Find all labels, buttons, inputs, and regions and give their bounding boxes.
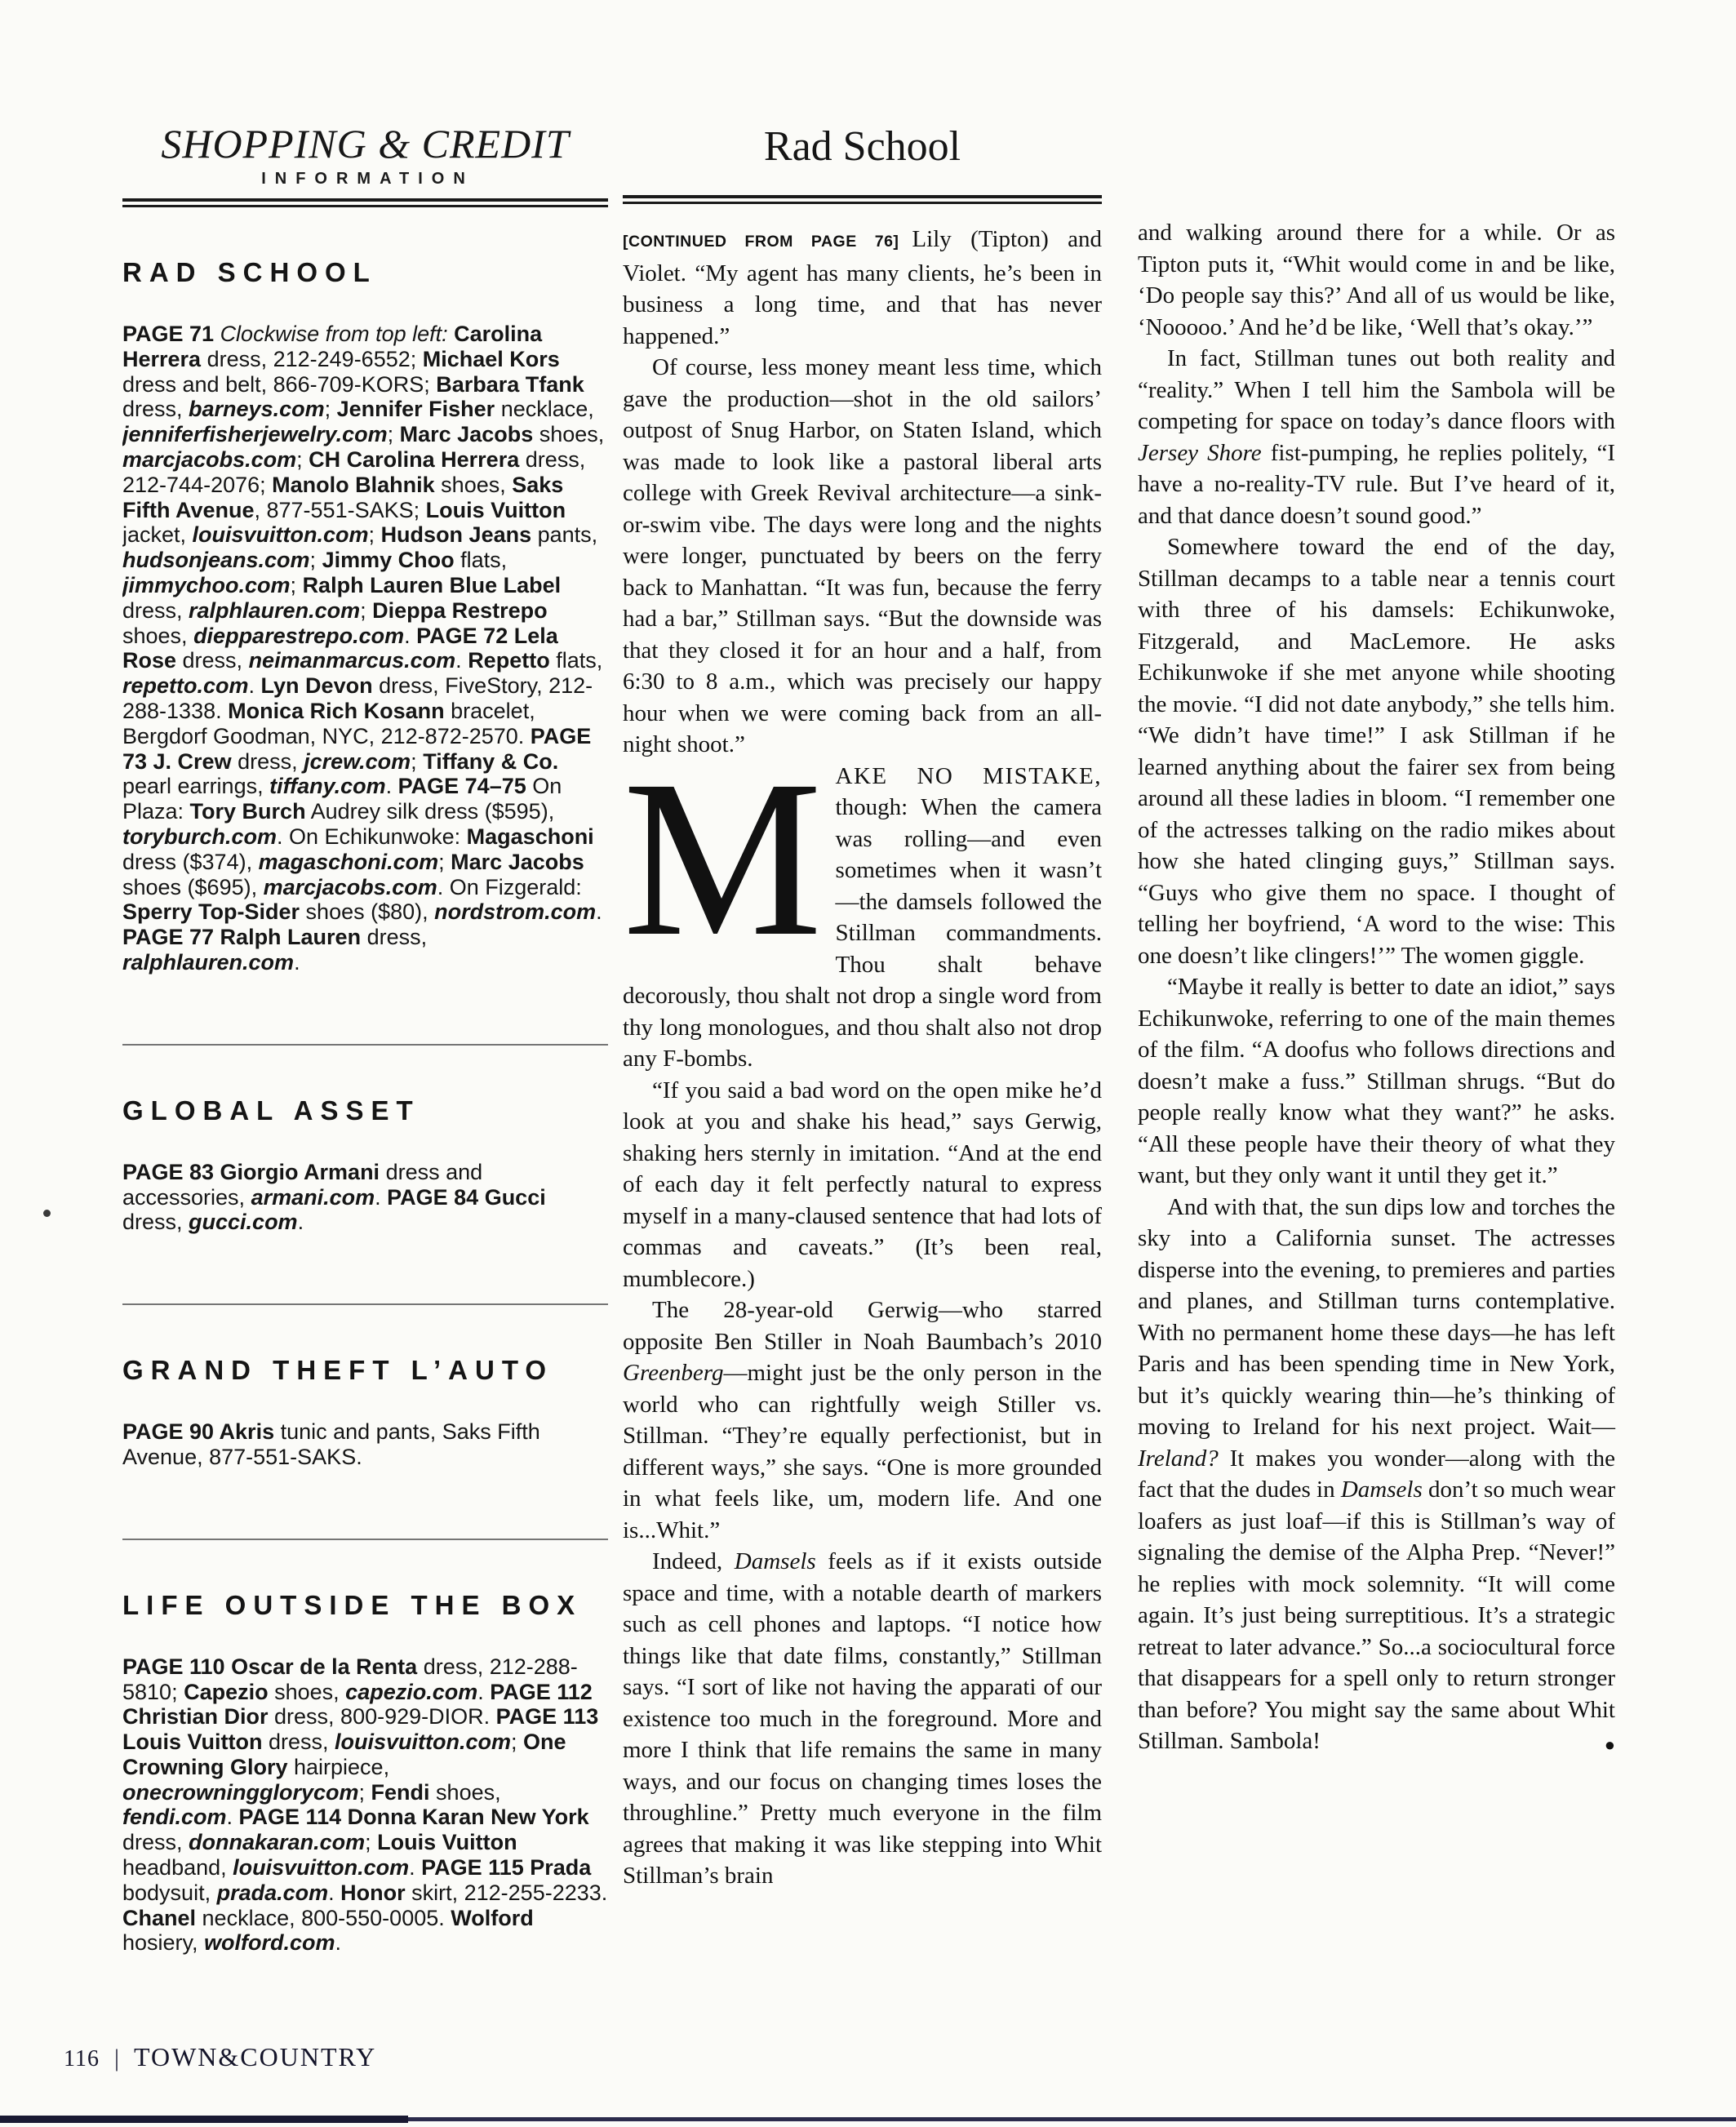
article-paragraph: Of course, less money meant less time, w… bbox=[623, 352, 1102, 761]
footer-separator: | bbox=[114, 2045, 119, 2071]
credits-text: PAGE 83 Giorgio Armani dress and accesso… bbox=[122, 1160, 608, 1235]
section-heading: GLOBAL ASSET bbox=[122, 1096, 608, 1126]
article-end-bullet: ● bbox=[1575, 1736, 1615, 1754]
bold-run: PAGE 71 bbox=[122, 322, 220, 346]
bold-run: CH Carolina Herrera bbox=[309, 447, 519, 472]
credits-text: PAGE 71 Clockwise from top left: Carolin… bbox=[122, 322, 608, 975]
bold-run: PAGE 110 Oscar de la Renta bbox=[122, 1654, 417, 1679]
credit-website: armani.com bbox=[251, 1185, 375, 1210]
bold-run: Jennifer Fisher bbox=[337, 397, 495, 421]
bold-run: Manolo Blahnik bbox=[272, 473, 435, 497]
bold-run: PAGE 84 Gucci bbox=[387, 1185, 546, 1210]
credit-website: louisvuitton.com bbox=[193, 522, 369, 547]
bold-run: Marc Jacobs bbox=[400, 422, 534, 446]
credit-website: onecrowningglorycom bbox=[122, 1780, 359, 1805]
article-paragraph: “Maybe it really is better to date an id… bbox=[1138, 971, 1615, 1192]
article-paragraph: “If you said a bad word on the open mike… bbox=[623, 1075, 1102, 1295]
stray-ink-dot bbox=[43, 1210, 51, 1217]
credit-website: fendi.com bbox=[122, 1805, 227, 1829]
bold-run: Sperry Top-Sider bbox=[122, 899, 300, 924]
article-paragraph: Somewhere toward the end of the day, Sti… bbox=[1138, 531, 1615, 971]
footer-page-number: 116 bbox=[64, 2046, 100, 2071]
credits-sections: RAD SCHOOLPAGE 71 Clockwise from top lef… bbox=[122, 207, 608, 1956]
article-paragraph: Indeed, Damsels feels as if it exists ou… bbox=[623, 1546, 1102, 1892]
article-middle-column: Rad School [CONTINUED FROM PAGE 76]Lily … bbox=[623, 110, 1102, 1892]
left-double-rule bbox=[122, 198, 608, 207]
credit-website: gucci.com bbox=[189, 1210, 298, 1234]
credit-website: magaschoni.com bbox=[259, 850, 439, 874]
bold-run: Honor bbox=[340, 1881, 405, 1905]
italic-run: Ireland? bbox=[1138, 1445, 1219, 1472]
bold-run: PAGE 77 Ralph Lauren bbox=[122, 925, 361, 949]
credit-website: capezio.com bbox=[345, 1680, 477, 1704]
bold-run: Wolford bbox=[451, 1906, 533, 1930]
magazine-page: SHOPPING & CREDIT INFORMATION RAD SCHOOL… bbox=[0, 0, 1736, 2127]
bold-run: Repetto bbox=[468, 648, 550, 673]
bold-run: Jimmy Choo bbox=[322, 548, 455, 572]
bold-run: Barbara Tfank bbox=[436, 372, 584, 397]
credit-website: hudsonjeans.com bbox=[122, 548, 310, 572]
credit-section: RAD SCHOOLPAGE 71 Clockwise from top lef… bbox=[122, 258, 608, 975]
section-divider-rule bbox=[122, 1539, 608, 1540]
credit-website: marcjacobs.com bbox=[264, 875, 437, 899]
credit-section: GRAND THEFT L’AUTOPAGE 90 Akris tunic an… bbox=[122, 1303, 608, 1470]
bold-run: PAGE 114 Donna Karan New York bbox=[239, 1805, 589, 1829]
article-title: Rad School bbox=[623, 123, 1102, 171]
section-heading: RAD SCHOOL bbox=[122, 258, 608, 287]
section-heading: GRAND THEFT L’AUTO bbox=[122, 1356, 608, 1385]
italic-run: Greenberg bbox=[623, 1360, 723, 1386]
article-body-right: and walking around there for a while. Or… bbox=[1138, 217, 1615, 1757]
bold-run: Lyn Devon bbox=[261, 673, 373, 698]
page-footer: 116 | TOWN&COUNTRY bbox=[64, 2042, 376, 2072]
bold-run: Michael Kors bbox=[423, 347, 560, 371]
bold-run: Louis Vuitton bbox=[426, 498, 566, 522]
bold-run: Hudson Jeans bbox=[381, 522, 532, 547]
bold-run: Capezio bbox=[184, 1680, 269, 1704]
credit-website: jenniferfisherjewelry.com bbox=[122, 422, 388, 446]
credit-website: ralphlauren.com bbox=[189, 598, 360, 623]
article-paragraph: MAKE NO MISTAKE, though: When the camera… bbox=[623, 761, 1102, 1075]
bold-run: PAGE 83 Giorgio Armani bbox=[122, 1160, 380, 1184]
bold-run: PAGE 74–75 bbox=[398, 774, 526, 798]
credits-column: SHOPPING & CREDIT INFORMATION RAD SCHOOL… bbox=[122, 110, 608, 1956]
bold-run: Ralph Lauren Blue Label bbox=[303, 573, 562, 597]
article-paragraph: and walking around there for a while. Or… bbox=[1138, 217, 1615, 343]
credit-website: barneys.com bbox=[189, 397, 325, 421]
italic-run: Clockwise from top left: bbox=[220, 322, 455, 346]
article-paragraph: In fact, Stillman tunes out both reality… bbox=[1138, 343, 1615, 531]
bold-run: Fendi bbox=[371, 1780, 430, 1805]
italic-run: Damsels bbox=[1341, 1476, 1423, 1503]
bold-run: PAGE 115 Prada bbox=[421, 1855, 591, 1880]
bold-run: Monica Rich Kosann bbox=[228, 699, 445, 723]
article-paragraph: [CONTINUED FROM PAGE 76]Lily (Tipton) an… bbox=[623, 224, 1102, 352]
section-divider-rule bbox=[122, 1044, 608, 1046]
bold-run: Magaschoni bbox=[467, 824, 594, 849]
credit-website: ralphlauren.com bbox=[122, 950, 294, 975]
section-divider-rule bbox=[122, 1303, 608, 1305]
credit-website: toryburch.com bbox=[122, 824, 277, 849]
bottom-rule-left-segment bbox=[0, 2116, 408, 2123]
bold-run: Tory Burch bbox=[190, 799, 306, 824]
credit-section: LIFE OUTSIDE THE BOXPAGE 110 Oscar de la… bbox=[122, 1539, 608, 1956]
credit-website: jimmychoo.com bbox=[122, 573, 291, 597]
bold-run: Tiffany & Co. bbox=[423, 749, 558, 774]
credit-website: louisvuitton.com bbox=[335, 1730, 511, 1754]
article-double-rule bbox=[623, 195, 1102, 204]
credit-website: diepparestrepo.com bbox=[193, 624, 404, 648]
credits-header: SHOPPING & CREDIT INFORMATION bbox=[122, 122, 608, 189]
credit-website: neimanmarcus.com bbox=[249, 648, 456, 673]
credits-text: PAGE 110 Oscar de la Renta dress, 212-28… bbox=[122, 1654, 608, 1956]
credit-website: donnakaran.com bbox=[189, 1830, 365, 1854]
bold-run: Chanel bbox=[122, 1906, 196, 1930]
italic-run: Damsels bbox=[735, 1548, 816, 1574]
bold-run: Dieppa Restrepo bbox=[372, 598, 548, 623]
bold-run: Louis Vuitton bbox=[377, 1830, 517, 1854]
credit-website: prada.com bbox=[217, 1881, 329, 1905]
bottom-rule-right-segment bbox=[408, 2117, 1736, 2121]
credit-section: GLOBAL ASSETPAGE 83 Giorgio Armani dress… bbox=[122, 1044, 608, 1235]
article-paragraph: And with that, the sun dips low and torc… bbox=[1138, 1192, 1615, 1757]
bold-run: PAGE 90 Akris bbox=[122, 1419, 274, 1444]
article-paragraph: The 28-year-old Gerwig—who starred oppos… bbox=[623, 1294, 1102, 1546]
bold-run: Marc Jacobs bbox=[451, 850, 584, 874]
credit-website: wolford.com bbox=[204, 1930, 335, 1955]
credit-website: repetto.com bbox=[122, 673, 249, 698]
dropcap-lead-text: AKE NO MISTAKE, bbox=[836, 763, 1102, 789]
credit-website: nordstrom.com bbox=[434, 899, 596, 924]
credits-header-title: SHOPPING & CREDIT bbox=[122, 122, 608, 166]
credit-website: marcjacobs.com bbox=[122, 447, 296, 472]
credit-website: louisvuitton.com bbox=[233, 1855, 409, 1880]
italic-run: Jersey Shore bbox=[1138, 440, 1262, 466]
continued-from-note: [CONTINUED FROM PAGE 76] bbox=[623, 233, 899, 251]
credits-header-subtitle: INFORMATION bbox=[127, 169, 608, 189]
credits-text: PAGE 90 Akris tunic and pants, Saks Fift… bbox=[122, 1419, 608, 1470]
dropcap-letter: M bbox=[623, 769, 823, 950]
footer-magazine-name: TOWN&COUNTRY bbox=[134, 2042, 376, 2071]
credit-website: jcrew.com bbox=[304, 749, 411, 774]
section-heading: LIFE OUTSIDE THE BOX bbox=[122, 1591, 608, 1620]
credit-website: tiffany.com bbox=[269, 774, 386, 798]
article-body-middle: [CONTINUED FROM PAGE 76]Lily (Tipton) an… bbox=[623, 224, 1102, 1892]
